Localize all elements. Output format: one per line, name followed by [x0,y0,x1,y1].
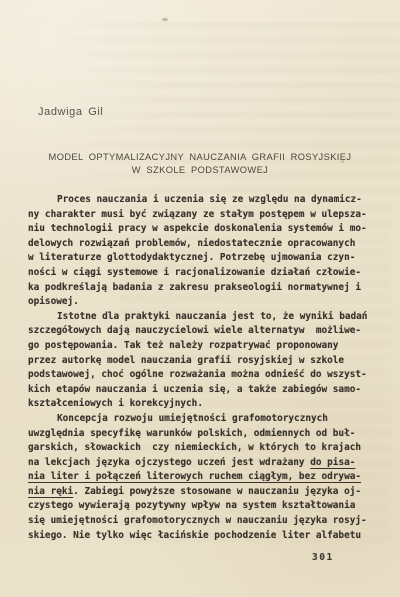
paragraph: Proces nauczania i uczenia się ze względ… [28,193,374,310]
text-line: uwzględnia specyfikę warunków polskich, … [28,427,374,442]
text-segment: Istotne dla praktyki nauczania jest to, … [57,311,367,322]
article-title: MODEL OPTYMALIZACYJNY NAUCZANIA GRAFII R… [0,151,400,177]
text-line: nia liter i połączeń literowych ruchem c… [28,470,374,485]
text-line: w literaturze glottodydaktycznej. Potrze… [28,251,374,266]
underlined-text: nia ręki [28,486,73,497]
scanned-page: Jadwiga Gil MODEL OPTYMALIZACYJNY NAUCZA… [0,0,400,597]
text-segment: się umiejętności grafomotorycznych w nau… [28,515,367,526]
paper-speck [162,18,168,21]
text-line: nia ręki. Zabiegi powyższe stosowane w n… [28,485,374,500]
text-segment: skiego. Nie tylko więc łacińskie pochodz… [28,530,361,541]
body-text: Proces nauczania i uczenia się ze względ… [28,193,374,543]
underlined-text: nia liter i połączeń literowych ruchem c… [28,471,361,482]
title-line-2: W SZKOLE PODSTAWOWEJ [0,164,400,177]
text-line: niu technologii pracy w aspekcie doskona… [28,222,374,237]
text-segment: ności w ciągi systemowe i racjonalizowan… [28,267,361,278]
text-line: się umiejętności grafomotorycznych w nau… [28,514,374,529]
text-line: opisowej. [28,295,374,310]
page-number: 301 [312,552,334,563]
text-line: ności w ciągi systemowe i racjonalizowan… [28,266,374,281]
text-line: na lekcjach języka ojczystego uczeń jest… [28,456,374,471]
paragraph: Koncepcja rozwoju umiejętności grafomoto… [28,412,374,543]
text-segment: na lekcjach języka ojczystego uczeń jest… [28,457,310,468]
text-segment: . Zabiegi powyższe stosowane w nauczaniu… [73,486,361,497]
text-segment: uwzględnia specyfikę warunków polskich, … [28,428,355,439]
text-segment: delowych rozwiązań problemów, niedostate… [28,238,355,249]
text-line: przez autorkę model nauczania grafii ros… [28,354,374,369]
text-segment: ka podkreślają badania z zakresu prakseo… [28,282,361,293]
text-line: szczegółowych dają nauczycielowi wiele a… [28,324,374,339]
text-line: ka podkreślają badania z zakresu prakseo… [28,281,374,296]
text-line: delowych rozwiązań problemów, niedostate… [28,237,374,252]
text-line: Koncepcja rozwoju umiejętności grafomoto… [28,412,374,427]
text-line: czystego wywierają pozytywny wpływ na sy… [28,499,374,514]
text-segment: kich etapów nauczania i uczenia się, a t… [28,384,361,395]
text-segment: niu technologii pracy w aspekcie doskona… [28,223,367,234]
text-segment: opisowej. [28,296,79,307]
text-line: podstawowej, choć ogólne rozważania możn… [28,368,374,383]
text-line: ny charakter musi być związany ze stałym… [28,208,374,223]
text-segment: ny charakter musi być związany ze stałym… [28,209,367,220]
text-line: kich etapów nauczania i uczenia się, a t… [28,383,374,398]
text-segment: go postępowania. Tak też należy rozpatry… [28,340,338,351]
title-line-1: MODEL OPTYMALIZACYJNY NAUCZANIA GRAFII R… [0,151,400,164]
text-segment: czystego wywierają pozytywny wpływ na sy… [28,500,355,511]
text-segment: Proces nauczania i uczenia się ze względ… [57,194,362,205]
text-segment: kształceniowych i korekcyjnych. [28,398,203,409]
author-name: Jadwiga Gil [38,106,103,118]
text-segment: Koncepcja rozwoju umiejętności grafomoto… [57,413,328,424]
paragraph: Istotne dla praktyki nauczania jest to, … [28,310,374,412]
text-line: kształceniowych i korekcyjnych. [28,397,374,412]
text-line: skiego. Nie tylko więc łacińskie pochodz… [28,529,374,544]
text-line: garskich, słowackich czy niemieckich, w … [28,441,374,456]
underlined-text: do pisa- [310,457,355,468]
text-line: Proces nauczania i uczenia się ze względ… [28,193,374,208]
text-segment: garskich, słowackich czy niemieckich, w … [28,442,361,453]
text-segment: w literaturze glottodydaktycznej. Potrze… [28,252,355,263]
text-line: Istotne dla praktyki nauczania jest to, … [28,310,374,325]
text-segment: podstawowej, choć ogólne rozważania możn… [28,369,367,380]
text-segment: przez autorkę model nauczania grafii ros… [28,355,344,366]
text-segment: szczegółowych dają nauczycielowi wiele a… [28,325,361,336]
text-line: go postępowania. Tak też należy rozpatry… [28,339,374,354]
